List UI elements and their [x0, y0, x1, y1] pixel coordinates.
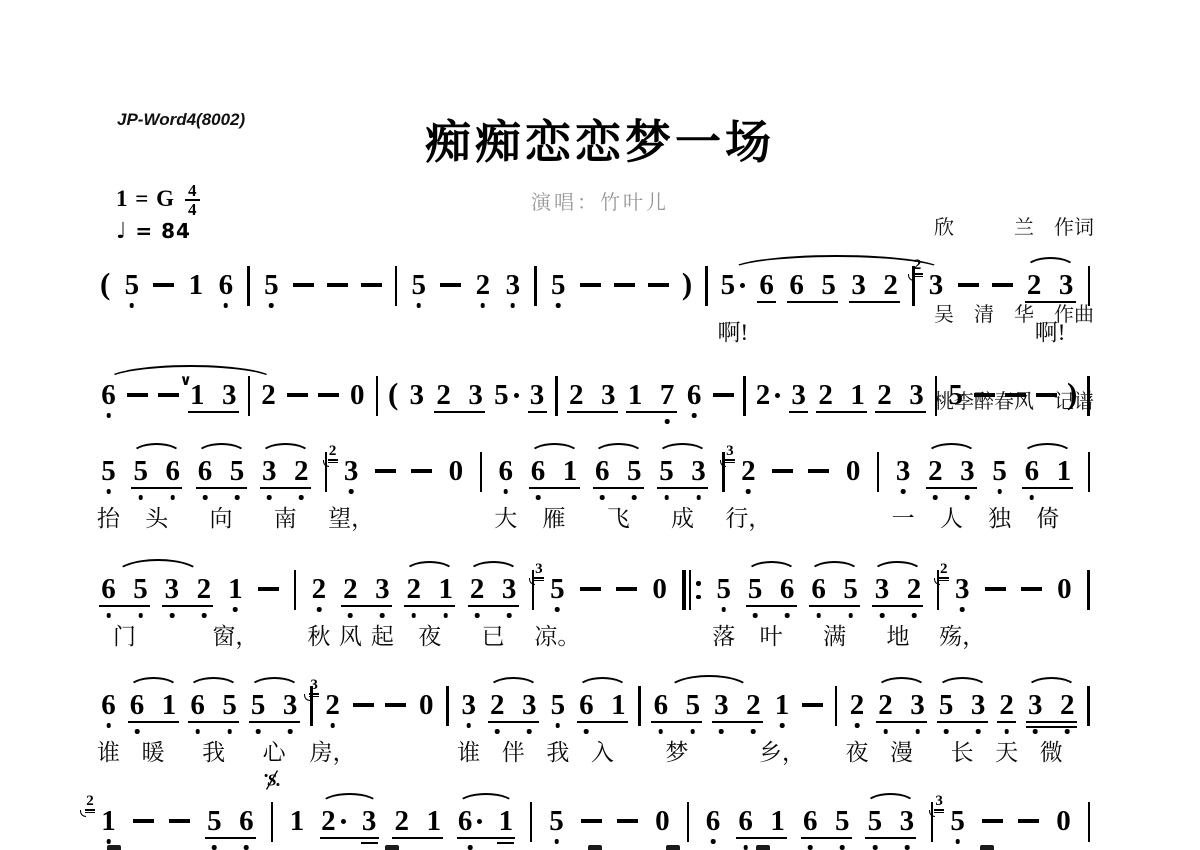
note-group-numbers: 0	[447, 456, 464, 486]
note-number: 5	[230, 456, 245, 486]
note-group: 61	[458, 806, 515, 836]
note-number: 6	[759, 270, 774, 300]
repeat-thin-bar	[689, 570, 691, 610]
beam-underline	[99, 605, 150, 607]
barline	[530, 802, 532, 842]
octave-dot	[288, 729, 293, 734]
beam-underline	[434, 411, 485, 413]
note-number: 3	[1028, 690, 1043, 720]
tempo-marking: ♩ = 84	[116, 219, 191, 244]
barline	[480, 452, 482, 492]
note-number-row: 3	[959, 456, 976, 486]
note: 2	[568, 380, 585, 410]
beam-underline	[865, 837, 916, 839]
beam-underline	[392, 837, 443, 839]
note: 5	[206, 806, 223, 836]
note-group: 0	[845, 456, 862, 486]
grace-note-number: 2	[329, 445, 337, 458]
note-group-numbers: 0	[654, 806, 671, 836]
note: 6	[686, 380, 703, 410]
note: 1	[1055, 456, 1072, 486]
octave-dot	[1033, 729, 1038, 734]
note: 1	[849, 380, 866, 410]
duration-dash	[802, 703, 823, 707]
note-group: 61	[578, 690, 627, 720]
barline	[687, 802, 689, 842]
slur-arc	[657, 443, 708, 455]
octave-dot	[138, 613, 143, 618]
note-number: 6	[1025, 456, 1040, 486]
note: 6	[652, 690, 669, 720]
note: 5	[715, 574, 732, 604]
note-number: 2	[878, 690, 893, 720]
beam-underline	[162, 605, 213, 607]
grace-note-number: 3	[935, 795, 943, 808]
octave-dot	[466, 723, 471, 728]
beam-underline	[528, 411, 547, 413]
note-number-row: 2	[195, 574, 212, 604]
note-group: 23	[321, 806, 378, 836]
note: 1	[769, 806, 786, 836]
note-group-numbers: 61	[530, 456, 579, 486]
note: 6	[737, 806, 754, 836]
beam-underline	[188, 411, 239, 413]
note-number: 1	[770, 806, 785, 836]
note-number: 5	[101, 456, 116, 486]
duration-dash	[361, 283, 382, 287]
note-number: 3	[955, 574, 970, 604]
note: 6	[217, 270, 234, 300]
note-number-row: 2	[877, 690, 894, 720]
note-group-numbers: 0	[418, 690, 435, 720]
dash-line	[375, 469, 396, 473]
duration-dash	[974, 393, 995, 397]
duration-dash	[375, 469, 396, 473]
note-number-row: 1	[849, 380, 866, 410]
note-group: 21	[393, 806, 442, 836]
note-number-row: 3	[521, 690, 538, 720]
duration-dash	[1036, 393, 1057, 397]
augmentation-dot	[341, 819, 346, 824]
grace-slur-tail	[934, 578, 940, 585]
note-number: 5	[125, 270, 140, 300]
note-number-row: 3	[460, 690, 477, 720]
note-group-numbers: 32	[1027, 690, 1076, 720]
sheet-music-page: JP-Word4(8002) 痴痴恋恋梦一场 演唱：竹叶儿 欣 兰 作词 吴 清…	[0, 0, 1200, 850]
note-number: 3	[283, 690, 298, 720]
note-number: 5	[939, 690, 954, 720]
lyric: 飞	[607, 500, 630, 533]
note-number-row: 2	[321, 806, 346, 836]
note-group-numbers: 61	[1023, 456, 1072, 486]
note-number: 2	[569, 380, 584, 410]
note: 6	[705, 806, 722, 836]
dash-line	[133, 819, 154, 823]
grace-note-number: 2	[86, 795, 94, 808]
note-number: 3	[1059, 270, 1074, 300]
slur-arc	[188, 677, 239, 689]
slur-arc	[196, 443, 247, 455]
duration-dash	[992, 283, 1013, 287]
beam-underline	[876, 721, 927, 723]
octave-dot	[840, 845, 845, 850]
note-group-numbers: 2	[756, 380, 781, 410]
slur-arc	[249, 677, 300, 689]
quarter-note-icon: ♩	[116, 219, 127, 244]
note-number-row: 0	[349, 380, 366, 410]
beam-underline	[712, 721, 763, 723]
note: 2	[849, 690, 866, 720]
note-group: 5	[548, 806, 565, 836]
slur-arc	[729, 255, 944, 271]
note-number: 2	[197, 574, 212, 604]
note-number-row: 1	[1055, 456, 1072, 486]
note-number-row: 3	[713, 690, 730, 720]
octave-dot	[692, 413, 697, 418]
octave-dot	[901, 489, 906, 494]
octave-dot	[349, 489, 354, 494]
octave-dot	[880, 613, 885, 618]
barline	[1087, 376, 1089, 416]
note-group: 23	[469, 574, 518, 604]
note-number-row: 2	[745, 690, 762, 720]
barline	[376, 376, 378, 416]
note-group-numbers: 5	[947, 380, 964, 410]
note-group-numbers: 1	[289, 806, 306, 836]
note-number-row: 5	[548, 806, 565, 836]
note-group: 56	[132, 456, 181, 486]
barline	[446, 686, 448, 726]
octave-dot	[659, 729, 664, 734]
octave-dot	[170, 495, 175, 500]
note-group: 65	[788, 270, 837, 300]
note-number-row: 1	[289, 806, 306, 836]
duration-dash	[985, 587, 1006, 591]
slur-arc	[1026, 677, 1077, 689]
note-number-row: 6	[578, 690, 595, 720]
lyric: 已	[482, 618, 505, 651]
note-group: 5	[100, 456, 117, 486]
slur-arc	[593, 443, 644, 455]
note: 3	[909, 690, 926, 720]
note-number: 0	[655, 806, 670, 836]
note-number: 5	[949, 380, 964, 410]
note-number-row: 2	[469, 574, 486, 604]
duration-dash	[258, 587, 279, 591]
note: 5	[494, 380, 519, 410]
beam-underline	[249, 721, 300, 723]
note-group: 2	[756, 380, 781, 410]
note-number: 3	[960, 456, 975, 486]
note: 6	[578, 690, 595, 720]
octave-dot	[536, 495, 541, 500]
lyric: 成	[671, 500, 694, 533]
barline	[534, 266, 536, 306]
note-number: 5	[748, 574, 763, 604]
note-group: 6	[705, 806, 722, 836]
note: 3	[467, 380, 484, 410]
note-group-numbers: 56	[132, 456, 181, 486]
note-number-row: 3	[261, 456, 278, 486]
music-row: 1256S1232161506616553530	[100, 806, 1090, 850]
grace-slur-tail	[908, 274, 914, 281]
note: 2	[310, 574, 327, 604]
note-number-row: 5	[947, 380, 964, 410]
note: 6	[530, 456, 547, 486]
dash-line	[985, 587, 1006, 591]
note-number: 5	[868, 806, 883, 836]
note-group: 53	[938, 690, 987, 720]
note-group: 1	[227, 574, 244, 604]
note-number: 3	[344, 456, 359, 486]
note-number: 1	[1057, 456, 1072, 486]
note-number: 3	[502, 574, 517, 604]
note-group-numbers: 61	[129, 690, 178, 720]
beam-underline	[997, 721, 1016, 723]
slur-arc	[115, 559, 202, 575]
note-number: 2	[883, 270, 898, 300]
note-number-row: 5	[250, 690, 267, 720]
grace-note: 2	[937, 563, 951, 581]
note-group-numbers: 53	[250, 690, 299, 720]
dash-line	[169, 819, 190, 823]
note-group: 53	[250, 690, 299, 720]
note-group-numbers: 0	[651, 574, 668, 604]
grace-underline	[725, 459, 735, 460]
note-number: 6	[780, 574, 795, 604]
note-number-row: 5	[206, 806, 223, 836]
note: 6	[758, 270, 775, 300]
slur-arc	[404, 561, 455, 573]
lyric: 我	[546, 734, 569, 767]
note-number: 1	[162, 690, 177, 720]
time-numerator: 4	[185, 182, 200, 201]
octave-dot	[721, 607, 726, 612]
note: 6	[802, 806, 819, 836]
octave-dot	[138, 495, 143, 500]
barline	[935, 376, 937, 416]
note-number-row: 6	[530, 456, 547, 486]
octave-dot	[468, 845, 473, 850]
note-group: 6	[100, 380, 117, 410]
music-row: 6∨1320(32353231762321235)	[100, 380, 1090, 426]
note-number-row: 1	[161, 690, 178, 720]
note-number: 2	[907, 574, 922, 604]
note-group: 5	[494, 380, 519, 410]
note-number: 5	[950, 806, 965, 836]
duration-dash	[327, 283, 348, 287]
dash-line	[287, 393, 308, 397]
note-group-numbers: 6	[686, 380, 703, 410]
system-line: 66165532303235616532122353232谁暖我心房，谁伴我入梦…	[100, 690, 1090, 736]
note-group: 5	[721, 270, 746, 300]
note-group-numbers: 32	[261, 456, 310, 486]
grace-slur-tail	[304, 694, 310, 701]
note: 3	[908, 380, 925, 410]
note-group: 1	[289, 806, 306, 836]
octave-dot	[170, 613, 175, 618]
music-row: 6532122321235305566532320门窗，秋风起夜已凉。落叶满地殇…	[100, 574, 1090, 620]
slur-arc	[872, 561, 923, 573]
note-group-numbers: 6	[217, 270, 234, 300]
note-group: 3	[790, 380, 807, 410]
note-number: 1	[775, 690, 790, 720]
note-number-row: 2	[849, 690, 866, 720]
note: 3	[361, 806, 378, 836]
octave-dot	[556, 723, 561, 728]
note-group: 65	[189, 690, 238, 720]
note: 12	[100, 806, 117, 836]
dash-line	[772, 469, 793, 473]
note-group: 65	[100, 574, 149, 604]
barline	[1088, 802, 1090, 842]
octave-dot	[507, 613, 512, 618]
note-group: 0	[418, 690, 435, 720]
note-group: 5	[947, 380, 964, 410]
note-number: 5	[134, 456, 149, 486]
grace-slur-tail	[529, 578, 535, 585]
note-group-numbers: 1	[773, 690, 790, 720]
system-line: (51655235)5665323223啊!啊!	[100, 270, 1090, 316]
note-number-row: 5	[549, 690, 566, 720]
note-number-row: 5	[132, 574, 149, 604]
note: 1	[289, 806, 306, 836]
dash-line	[258, 587, 279, 591]
dash-line	[648, 283, 669, 287]
grace-slur-tail	[323, 460, 329, 467]
note-number: 6	[811, 574, 826, 604]
note-group: 0	[1056, 574, 1073, 604]
music-row: 66165532303235616532122353232谁暖我心房，谁伴我入梦…	[100, 690, 1090, 736]
slur-arc	[320, 793, 379, 805]
note-group: 32	[928, 270, 945, 300]
note-number-row: 2	[927, 456, 944, 486]
note-number: 1	[850, 380, 865, 410]
note: 0	[651, 574, 668, 604]
note-group-numbers: 23	[876, 380, 925, 410]
note: 0	[418, 690, 435, 720]
note-group: 65	[810, 574, 859, 604]
note-number-row: 3	[600, 380, 617, 410]
note-number-row: 6	[129, 690, 146, 720]
lyric: 长	[951, 734, 974, 767]
dash-line	[411, 469, 432, 473]
beam-underline	[488, 721, 539, 723]
barline	[1087, 570, 1089, 610]
octave-dot	[495, 729, 500, 734]
barline	[1088, 452, 1090, 492]
note-number-row: 3	[501, 574, 518, 604]
lyric: 南	[274, 500, 297, 533]
note-number-row: 6	[802, 806, 819, 836]
note-number: 6	[595, 456, 610, 486]
note-number-row: 1	[627, 380, 644, 410]
note-number: 0	[846, 456, 861, 486]
barline	[555, 376, 557, 416]
note-number: 5	[550, 574, 565, 604]
grace-note-number: 3	[310, 679, 318, 692]
note-number-row: 5	[263, 270, 280, 300]
note: 6	[238, 806, 255, 836]
note-group: 5	[550, 270, 567, 300]
note-group: 32	[343, 456, 360, 486]
system-line: 55665323206616553230323561抬头向南望，大雁飞成行，一人…	[100, 456, 1090, 502]
slur-arc	[865, 793, 916, 805]
note-group: 61	[129, 690, 178, 720]
beam-underline	[1026, 721, 1077, 723]
barline	[247, 266, 249, 306]
grace-underline	[534, 577, 544, 578]
note-number-row: 6	[458, 806, 483, 836]
beam-underline	[577, 721, 628, 723]
note-group: 32	[261, 456, 310, 486]
duration-dash	[385, 703, 406, 707]
note-number-row: 5	[684, 690, 701, 720]
note-group: 32	[954, 574, 971, 604]
note-group-numbers: 23	[489, 690, 538, 720]
octave-dot	[135, 729, 140, 734]
slur-arc	[468, 561, 519, 573]
note-number-row: 5	[123, 270, 140, 300]
note-number-row: 1	[562, 456, 579, 486]
note-number: 3	[468, 380, 483, 410]
note-group-numbers: 23	[435, 380, 484, 410]
grace-underline	[725, 462, 735, 463]
beam-underline	[128, 721, 179, 723]
note-number-row: 3	[282, 690, 299, 720]
note-group: 23	[877, 690, 926, 720]
note: 53	[549, 574, 566, 604]
note: 3	[1027, 690, 1044, 720]
note-group-numbers: 23	[1026, 270, 1075, 300]
dash-line	[318, 393, 339, 397]
note: 2	[293, 456, 310, 486]
note: 5	[132, 574, 149, 604]
note: 3	[504, 270, 521, 300]
note-number: 5	[659, 456, 674, 486]
note: 6	[497, 456, 514, 486]
grace-underline	[309, 696, 319, 697]
note-number: 3	[362, 806, 377, 836]
note-number-row: 3	[909, 690, 926, 720]
slur-arc	[488, 677, 539, 689]
note-number-row: 2	[474, 270, 491, 300]
note: 2	[321, 806, 346, 836]
lyric: 人	[940, 500, 963, 533]
note-number: 5	[686, 690, 701, 720]
note-number-row: 1	[189, 380, 206, 410]
lyric: 窗，	[212, 618, 258, 651]
note: 1	[425, 806, 442, 836]
note-group-numbers: 0	[845, 456, 862, 486]
note-group: 53	[866, 806, 915, 836]
note: 2	[882, 270, 899, 300]
grace-note: 3	[932, 795, 946, 813]
grace-note-number: 3	[726, 445, 734, 458]
duration-dash	[580, 587, 601, 591]
note-number: 3	[165, 574, 180, 604]
beam-underline	[746, 605, 797, 607]
note: 3	[690, 456, 707, 486]
note-number-row: 3	[970, 690, 987, 720]
octave-dot	[855, 723, 860, 728]
note-group: 0	[1055, 806, 1072, 836]
note-group: 5	[410, 270, 427, 300]
grace-underline	[309, 693, 319, 694]
note: 5	[250, 690, 267, 720]
slur-arc	[937, 677, 988, 689]
note: 5	[549, 690, 566, 720]
